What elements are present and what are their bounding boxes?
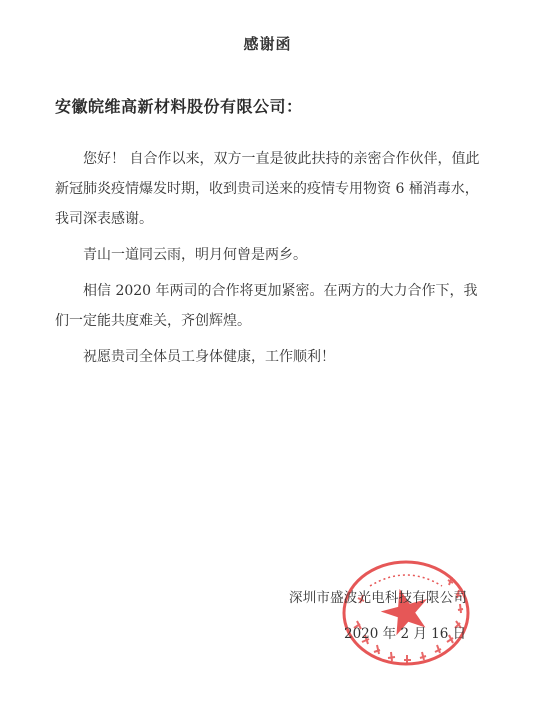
letter-body: 您好！ 自合作以来，双方一直是彼此扶持的亲密合作伙伴，值此新冠肺炎疫情爆发时期，… (55, 144, 480, 378)
signature-company: 深圳市盛波光电科技有限公司 (289, 586, 467, 606)
paragraph-poem: 青山一道同云雨，明月何曾是两乡。 (55, 240, 480, 270)
letter-recipient: 安徽皖维高新材料股份有限公司： (55, 94, 303, 117)
paragraph-greeting: 您好！ 自合作以来，双方一直是彼此扶持的亲密合作伙伴，值此新冠肺炎疫情爆发时期，… (55, 144, 480, 234)
paragraph-cooperation: 相信 2020 年两司的合作将更加紧密。在两方的大力合作下，我们一定能共度难关，… (55, 276, 480, 336)
thank-you-letter: 感谢函 安徽皖维高新材料股份有限公司： 您好！ 自合作以来，双方一直是彼此扶持的… (0, 0, 535, 701)
company-seal-icon (340, 558, 472, 668)
signature-date: 2020 年 2 月 16 日 (344, 622, 466, 642)
letter-title: 感谢函 (0, 33, 535, 54)
paragraph-wishes: 祝愿贵司全体员工身体健康，工作顺利！ (55, 342, 480, 372)
